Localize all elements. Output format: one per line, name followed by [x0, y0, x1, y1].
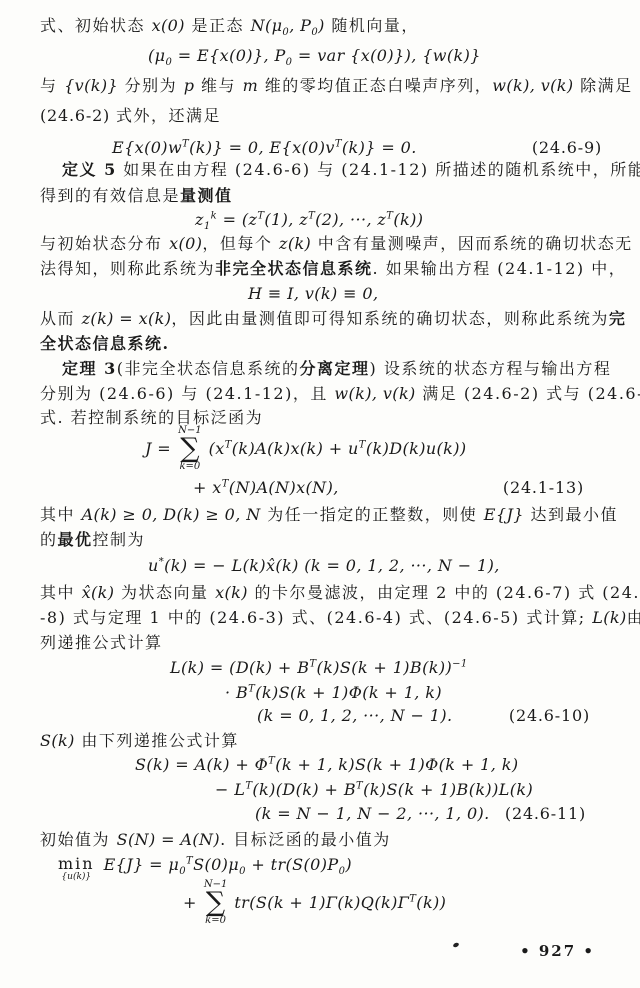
- text-segment: (k = 0, 1, 2, ···, N − 1).: [257, 706, 453, 725]
- text-segment: S(N) = A(N): [117, 830, 220, 849]
- text-line: 与初始状态分布 x(0)，但每个 z(k) 中含有量测噪声，因而系统的确切状态无: [40, 234, 633, 254]
- text-line: (24.6-2) 式外，还满足: [40, 106, 221, 126]
- text-segment: L(k): [592, 608, 626, 627]
- text-segment: E{J}: [484, 505, 524, 524]
- page-number: • 927 •: [520, 942, 595, 960]
- text-segment: ，因此由量测值即可得知系统的确切状态，则称此系统为: [171, 309, 609, 328]
- text-segment: m: [243, 76, 259, 95]
- text-line: 其中 A(k) ≥ 0, D(k) ≥ 0, N 为任一指定的正整数，则使 E{…: [40, 505, 618, 525]
- text-segment: S(k) = A(k) + ΦT(k + 1, k)S(k + 1)Φ(k + …: [135, 755, 518, 774]
- text-segment: ) 设系统的状态方程与输出方程: [369, 359, 611, 378]
- text-line: 式. 若控制系统的目标泛函为: [40, 408, 263, 428]
- text-segment: (μ0 = E{x(0)}, P0 = var {x(0)}), {w(k)}: [148, 46, 481, 65]
- stack-block: min{u(k)}: [58, 855, 95, 882]
- text-segment: 法得知，则称此系统为: [40, 259, 215, 278]
- text-segment: 分别为 (24.6-6) 与 (24.1-12)，且: [40, 384, 334, 403]
- scanned-textbook-page: 式、初始状态 x(0) 是正态 N(μ0, P0) 随机向量，(μ0 = E{x…: [0, 0, 640, 988]
- text-segment: N(μ0, P0): [251, 16, 325, 35]
- text-segment: 是正态: [185, 16, 251, 35]
- text-line: S(k) 由下列递推公式计算: [40, 731, 239, 751]
- sum-sigma: ∑: [206, 890, 225, 916]
- text-segment: 维的零均值正态白噪声序列，: [258, 76, 492, 95]
- text-line: E{x(0)wT(k)} = 0, E{x(0)vT(k)} = 0.: [112, 138, 417, 158]
- text-segment: 为状态向量: [114, 583, 215, 602]
- text-segment: E{x(0)wT(k)} = 0, E{x(0)vT(k)} = 0.: [112, 138, 417, 157]
- text-line: L(k) = (D(k) + BT(k)S(k + 1)B(k))−1: [170, 658, 468, 678]
- text-segment: 随机向量，: [325, 16, 419, 35]
- text-segment: 控制为: [93, 530, 146, 549]
- text-segment: 最优: [58, 530, 93, 549]
- text-line: (24.6-10): [509, 706, 590, 726]
- text-segment: x(0): [169, 234, 202, 253]
- text-segment: 非完全状态信息系统: [215, 259, 373, 278]
- text-line: 法得知，则称此系统为非完全状态信息系统. 如果输出方程 (24.1-12) 中，: [40, 259, 626, 279]
- text-segment: E{J} = μ0TS(0)μ0 + tr(S(0)P0): [104, 855, 352, 875]
- text-line: 分别为 (24.6-6) 与 (24.1-12)，且 w(k), v(k) 满足…: [40, 384, 640, 404]
- text-segment: 的: [40, 530, 58, 549]
- text-line: H ≡ I, v(k) ≡ 0,: [248, 284, 379, 304]
- text-segment: . 目标泛函的最小值为: [220, 830, 391, 849]
- text-segment: S(k): [40, 731, 75, 750]
- text-segment: 其中: [40, 505, 82, 524]
- text-segment: 全状态信息系统.: [40, 334, 170, 353]
- text-segment: J =: [145, 439, 171, 459]
- text-line: S(k) = A(k) + ΦT(k + 1, k)S(k + 1)Φ(k + …: [135, 755, 518, 775]
- text-line: (24.1-13): [503, 478, 584, 498]
- text-line: -8) 式与定理 1 中的 (24.6-3) 式、(24.6-4) 式、(24.…: [40, 608, 640, 628]
- sum-sigma: ∑: [180, 436, 199, 462]
- sum-block: N−1∑k=0: [204, 880, 228, 926]
- text-segment: 得到的有效信息是: [40, 186, 180, 205]
- text-line: (24.6-9): [532, 138, 602, 158]
- text-line: 得到的有效信息是量测值: [40, 186, 233, 206]
- text-segment: (24.6-10): [509, 706, 590, 725]
- text-segment: p: [184, 76, 195, 95]
- text-segment: u*(k) = − L(k)x̂(k) (k = 0, 1, 2, ···, N…: [148, 556, 500, 575]
- text-segment: L(k) = (D(k) + BT(k)S(k + 1)B(k))−1: [170, 658, 468, 677]
- text-line: (k = 0, 1, 2, ···, N − 1).: [257, 706, 453, 726]
- text-segment: (24.6-11): [505, 804, 586, 823]
- text-segment: 式、初始状态: [40, 16, 152, 35]
- text-segment: 与: [40, 76, 64, 95]
- text-segment: 由下列递推公式计算: [75, 731, 239, 750]
- sum-lo: k=0: [205, 916, 226, 926]
- text-segment: z(k) = x(k): [82, 309, 172, 328]
- text-segment: 满足 (24.6-2) 式与 (24.6-9): [416, 384, 640, 403]
- text-segment: (非完全状态信息系统的: [117, 359, 300, 378]
- text-segment: {v(k)}: [64, 76, 118, 95]
- text-segment: (24.6-9): [532, 138, 602, 157]
- text-line: 列递推公式计算: [40, 633, 163, 653]
- text-segment: 定理 3: [62, 359, 117, 378]
- text-line: 定义 5 如果在由方程 (24.6-6) 与 (24.1-12) 所描述的随机系…: [62, 160, 640, 180]
- text-segment: x(k): [215, 583, 248, 602]
- text-line: 的最优控制为: [40, 530, 145, 550]
- text-segment: ，但每个: [202, 234, 279, 253]
- sum-block: N−1∑k=0: [178, 426, 202, 472]
- text-segment: 维与: [194, 76, 242, 95]
- text-segment: 为任一指定的正整数，则使: [261, 505, 484, 524]
- stack-top: min: [58, 855, 95, 873]
- stack-bot: {u(k)}: [61, 873, 91, 883]
- text-segment: w(k), v(k): [334, 384, 415, 403]
- text-segment: 分离定理: [299, 359, 369, 378]
- text-segment: 与初始状态分布: [40, 234, 169, 253]
- text-line: 全状态信息系统.: [40, 334, 170, 354]
- sum-lo: k=0: [179, 462, 200, 472]
- text-segment: − LT(k)(D(k) + BT(k)S(k + 1)B(k))L(k): [215, 780, 533, 799]
- text-segment: z1k = (zT(1), zT(2), ···, zT(k)): [195, 210, 423, 229]
- text-segment: x̂(k): [82, 583, 115, 602]
- text-line: J =N−1∑k=0(xT(k)A(k)x(k) + uT(k)D(k)u(k)…: [145, 426, 467, 472]
- text-segment: 量测值: [180, 186, 233, 205]
- text-line: 与 {v(k)} 分别为 p 维与 m 维的零均值正态白噪声序列，w(k), v…: [40, 76, 633, 96]
- text-segment: (k = N − 1, N − 2, ···, 1, 0).: [255, 804, 490, 823]
- text-segment: (24.1-13): [503, 478, 584, 497]
- text-line: u*(k) = − L(k)x̂(k) (k = 0, 1, 2, ···, N…: [148, 556, 500, 576]
- text-line: + xT(N)A(N)x(N),: [193, 478, 339, 498]
- text-segment: 定义 5: [62, 160, 117, 179]
- text-segment: 初始值为: [40, 830, 117, 849]
- text-segment: 式. 若控制系统的目标泛函为: [40, 408, 263, 427]
- text-segment: z(k): [279, 234, 311, 253]
- text-segment: -8) 式与定理 1 中的 (24.6-3) 式、(24.6-4) 式、(24.…: [40, 608, 592, 627]
- text-segment: (24.6-2): [40, 106, 116, 125]
- text-line: − LT(k)(D(k) + BT(k)S(k + 1)B(k))L(k): [215, 780, 533, 800]
- text-segment: 分别为: [118, 76, 184, 95]
- text-segment: 的卡尔曼滤波，由定理 2 中的 (24.6-7) 式 (24.6: [248, 583, 640, 602]
- text-segment: 其中: [40, 583, 82, 602]
- text-line: 式、初始状态 x(0) 是正态 N(μ0, P0) 随机向量，: [40, 16, 419, 36]
- text-line: (24.6-11): [505, 804, 586, 824]
- text-segment: 达到最小值: [524, 505, 618, 524]
- text-line: z1k = (zT(1), zT(2), ···, zT(k)): [195, 210, 423, 230]
- text-segment: 除满足: [574, 76, 633, 95]
- text-line: +N−1∑k=0tr(S(k + 1)Γ(k)Q(k)ΓT(k)): [183, 880, 446, 926]
- text-segment: A(k) ≥ 0, D(k) ≥ 0, N: [82, 505, 261, 524]
- text-segment: 完: [609, 309, 627, 328]
- text-segment: . 如果输出方程 (24.1-12) 中，: [373, 259, 627, 278]
- print-artifact-dot: [452, 942, 459, 948]
- text-line: (k = N − 1, N − 2, ···, 1, 0).: [255, 804, 490, 824]
- text-segment: + xT(N)A(N)x(N),: [193, 478, 339, 497]
- text-segment: 如果在由方程 (24.6-6) 与 (24.1-12) 所描述的随机系统中，所能: [117, 160, 640, 179]
- text-line: 定理 3(非完全状态信息系统的分离定理) 设系统的状态方程与输出方程: [62, 359, 611, 379]
- text-line: · BT(k)S(k + 1)Φ(k + 1, k): [225, 683, 442, 703]
- text-segment: (xT(k)A(k)x(k) + uT(k)D(k)u(k)): [209, 439, 467, 459]
- text-line: 从而 z(k) = x(k)，因此由量测值即可得知系统的确切状态，则称此系统为完: [40, 309, 626, 329]
- text-line: 其中 x̂(k) 为状态向量 x(k) 的卡尔曼滤波，由定理 2 中的 (24.…: [40, 583, 640, 603]
- text-segment: 式外，还满足: [116, 106, 221, 125]
- text-segment: 列递推公式计算: [40, 633, 163, 652]
- text-segment: +: [183, 893, 197, 913]
- text-segment: x(0): [152, 16, 185, 35]
- text-segment: H ≡ I, v(k) ≡ 0,: [248, 284, 379, 303]
- text-segment: w(k), v(k): [492, 76, 573, 95]
- text-line: 初始值为 S(N) = A(N). 目标泛函的最小值为: [40, 830, 391, 850]
- text-segment: · BT(k)S(k + 1)Φ(k + 1, k): [225, 683, 442, 702]
- text-segment: 中含有量测噪声，因而系统的确切状态无: [311, 234, 633, 253]
- text-line: (μ0 = E{x(0)}, P0 = var {x(0)}), {w(k)}: [148, 46, 481, 66]
- text-segment: 由下: [627, 608, 640, 627]
- text-segment: 从而: [40, 309, 82, 328]
- text-segment: tr(S(k + 1)Γ(k)Q(k)ΓT(k)): [234, 893, 446, 913]
